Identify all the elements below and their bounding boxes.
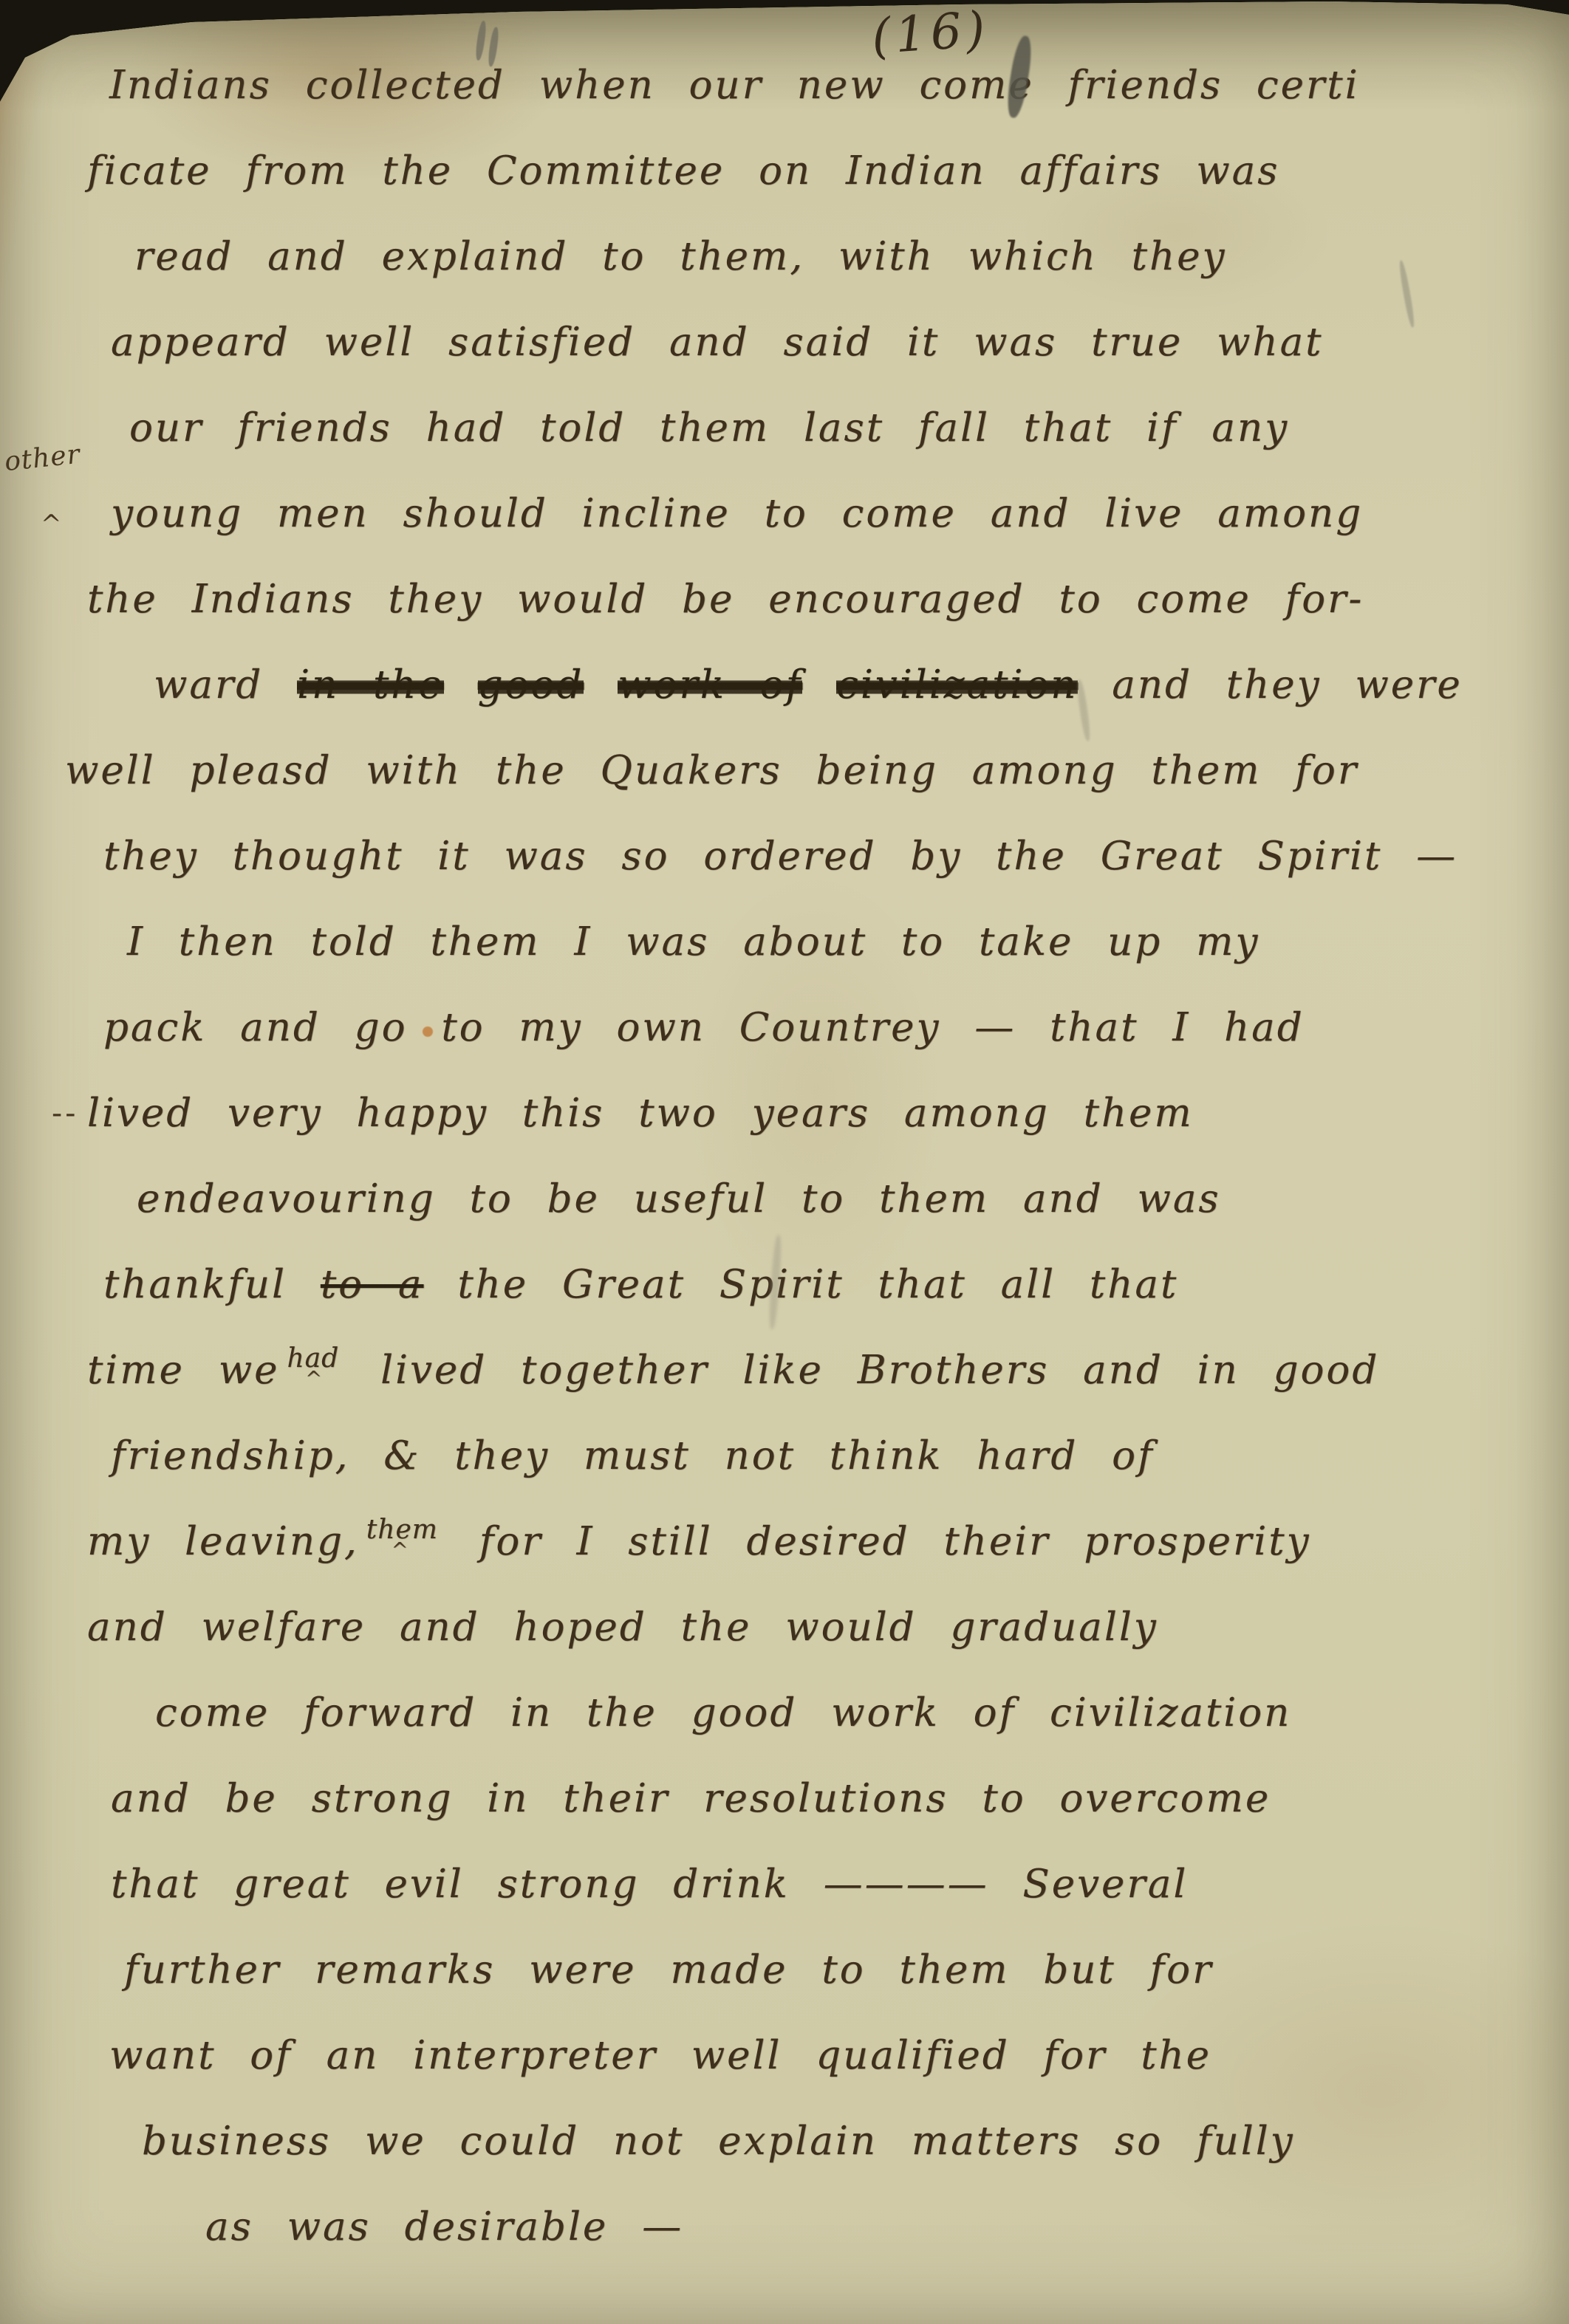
text-segment: lived very happy this two years among th…: [87, 1091, 1194, 1136]
manuscript-line: want of an interpreter well qualified fo…: [0, 2013, 1569, 2099]
struck-text: to a: [321, 1262, 424, 1307]
text-segment: read and explaind to them, with which th…: [134, 234, 1226, 279]
manuscript-line: lived very happy this two years among th…: [0, 1071, 1569, 1156]
text-segment: Indians collected when our new come frie…: [109, 63, 1360, 108]
manuscript-line: business we could not explain matters so…: [0, 2099, 1569, 2184]
text-segment: my leaving,: [87, 1519, 359, 1564]
text-segment: [584, 662, 618, 707]
manuscript-page: (16) Indians collected when our new come…: [0, 0, 1569, 2324]
text-segment: pack and go to my own Countrey — that I …: [103, 1005, 1305, 1050]
manuscript-line: the Indians they would be encouraged to …: [0, 557, 1569, 642]
inserted-text: had^: [287, 1316, 339, 1402]
manuscript-line: our friends had told them last fall that…: [0, 385, 1569, 471]
text-segment: thankful: [103, 1262, 321, 1307]
text-segment: the Great Spirit that all that: [424, 1262, 1179, 1307]
struck-text: good: [478, 662, 584, 707]
margin-dashes: --: [52, 1094, 78, 1131]
paper-stain: [423, 1026, 433, 1037]
caret-mark: ^: [392, 1508, 409, 1594]
text-segment: come forward in the good work of civiliz…: [155, 1690, 1291, 1735]
manuscript-line: appeard well satisfied and said it was t…: [0, 300, 1569, 385]
text-segment: that great evil strong drink ———— Severa…: [111, 1862, 1188, 1907]
text-segment: they thought it was so ordered by the Gr…: [103, 834, 1457, 879]
text-segment: time we: [87, 1348, 279, 1393]
text-segment: friendship, & they must not think hard o…: [111, 1433, 1155, 1478]
manuscript-line: and welfare and hoped the would graduall…: [0, 1585, 1569, 1670]
manuscript-line: they thought it was so ordered by the Gr…: [0, 814, 1569, 899]
struck-text: work of: [618, 662, 802, 707]
manuscript-line: my leaving,them^ for I still desired the…: [0, 1499, 1569, 1585]
manuscript-line: friendship, & they must not think hard o…: [0, 1413, 1569, 1499]
text-segment: further remarks were made to them but fo…: [124, 1947, 1213, 1992]
manuscript-line: young men should incline to come and liv…: [0, 471, 1569, 557]
text-segment: our friends had told them last fall that…: [129, 405, 1289, 450]
manuscript-line: further remarks were made to them but fo…: [0, 1927, 1569, 2013]
text-segment: [444, 662, 478, 707]
text-segment: endeavouring to be useful to them and wa…: [137, 1176, 1221, 1221]
text-segment: and they were: [1078, 662, 1462, 707]
text-segment: ficate from the Committee on Indian affa…: [87, 148, 1279, 193]
inserted-text: them^: [366, 1487, 438, 1573]
text-segment: lived together like Brothers and in good: [346, 1348, 1379, 1393]
manuscript-line: Indians collected when our new come frie…: [0, 43, 1569, 128]
manuscript-line: as was desirable —: [0, 2184, 1569, 2270]
manuscript-line: ward in the good work of civilization an…: [0, 642, 1569, 728]
struck-text: in the: [297, 662, 444, 707]
manuscript-line: thankful to a the Great Spirit that all …: [0, 1242, 1569, 1328]
text-segment: young men should incline to come and liv…: [111, 491, 1363, 536]
text-segment: want of an interpreter well qualified fo…: [109, 2033, 1211, 2078]
text-segment: and be strong in their resolutions to ov…: [111, 1776, 1271, 1821]
manuscript-line: ficate from the Committee on Indian affa…: [0, 128, 1569, 214]
text-segment: I then told them I was about to take up …: [127, 919, 1259, 964]
manuscript-line: endeavouring to be useful to them and wa…: [0, 1156, 1569, 1242]
text-segment: ward: [154, 662, 297, 707]
struck-text: civilization: [836, 662, 1078, 707]
caret-mark: ^: [305, 1337, 323, 1422]
manuscript-line: time wehad^ lived together like Brothers…: [0, 1328, 1569, 1413]
manuscript-line: I then told them I was about to take up …: [0, 899, 1569, 985]
text-segment: and welfare and hoped the would graduall…: [87, 1605, 1158, 1650]
manuscript-text: Indians collected when our new come frie…: [0, 43, 1569, 2270]
manuscript-line: well pleasd with the Quakers being among…: [0, 728, 1569, 814]
text-segment: as was desirable —: [205, 2204, 683, 2249]
caret-mark: ^: [41, 510, 62, 539]
text-segment: the Indians they would be encouraged to …: [87, 577, 1364, 622]
manuscript-line: come forward in the good work of civiliz…: [0, 1670, 1569, 1756]
manuscript-line: read and explaind to them, with which th…: [0, 214, 1569, 300]
text-segment: for I still desired their prosperity: [445, 1519, 1311, 1564]
text-segment: [802, 662, 836, 707]
text-segment: well pleasd with the Quakers being among…: [65, 748, 1358, 793]
text-segment: business we could not explain matters so…: [142, 2119, 1295, 2164]
manuscript-line: that great evil strong drink ———— Severa…: [0, 1842, 1569, 1927]
text-segment: appeard well satisfied and said it was t…: [111, 320, 1323, 365]
manuscript-line: pack and go to my own Countrey — that I …: [0, 985, 1569, 1071]
manuscript-line: and be strong in their resolutions to ov…: [0, 1756, 1569, 1842]
